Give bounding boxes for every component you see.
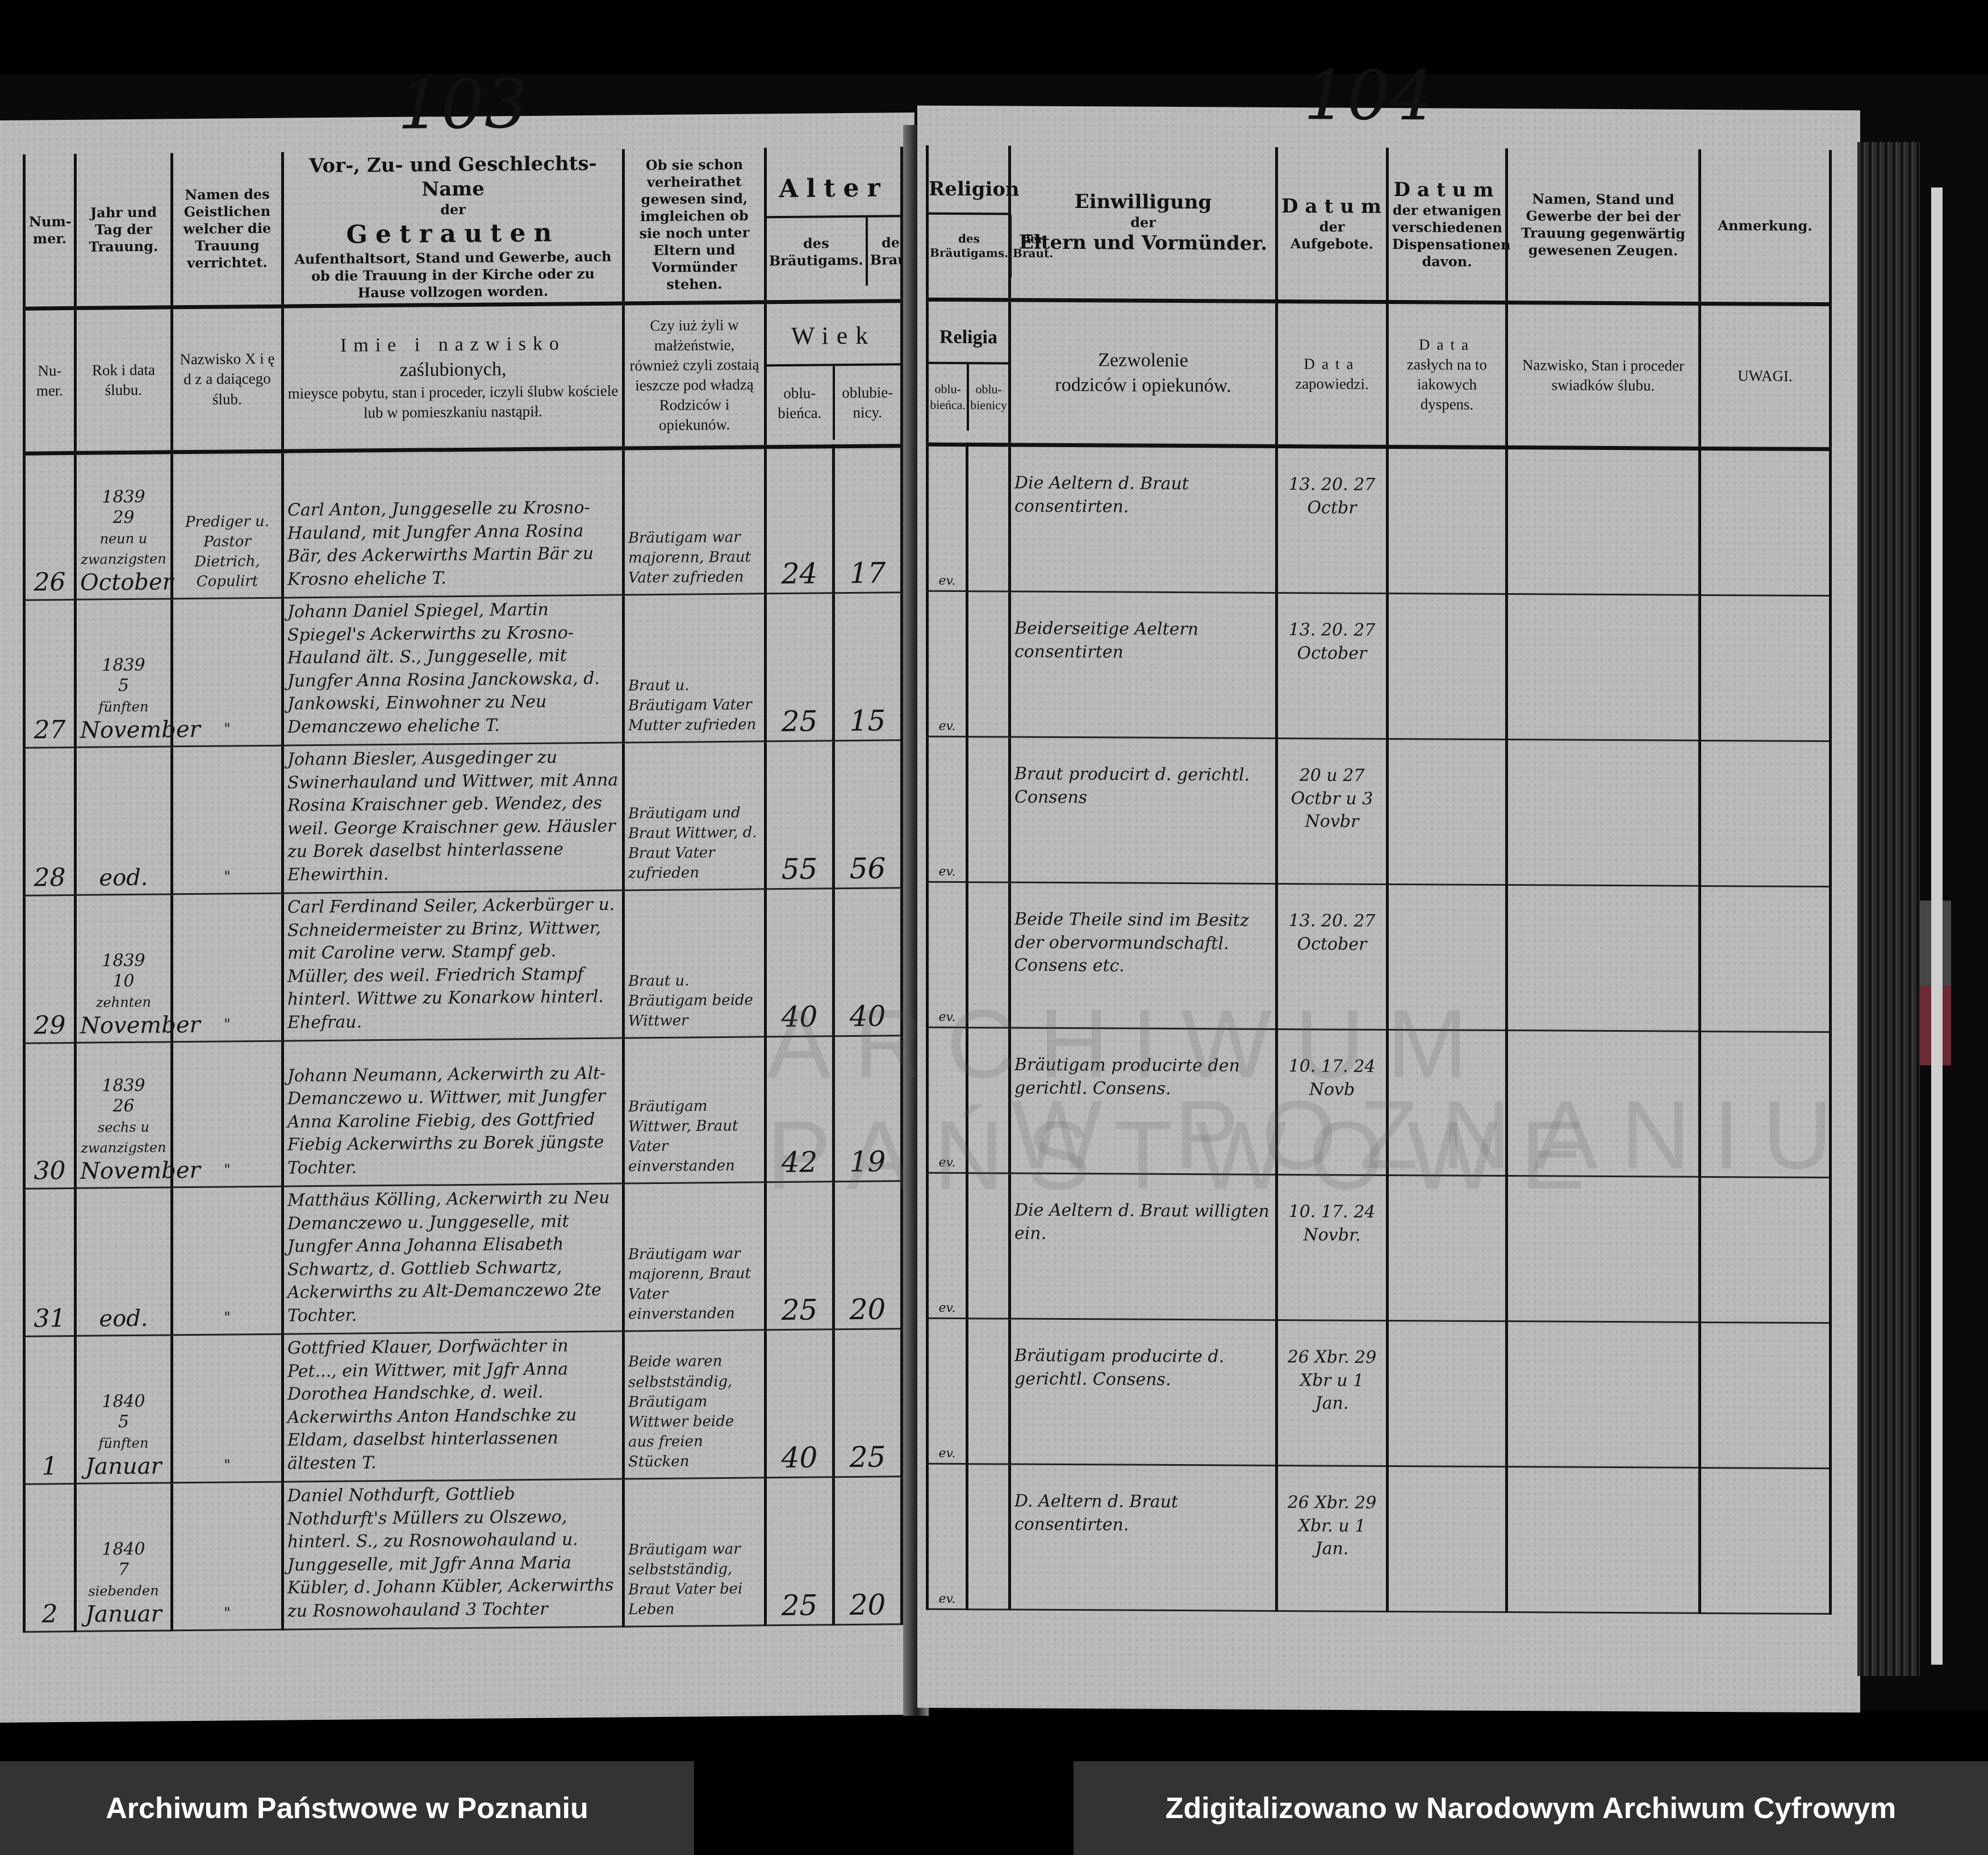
entry-consent: Bräutigam producirte d. gerichtl. Consen… bbox=[1010, 1319, 1277, 1465]
entry-banns-dates: 13. 20. 27 Octbr bbox=[1277, 446, 1388, 593]
entry-consent: D. Aeltern d. Braut consentirten. bbox=[1010, 1464, 1277, 1611]
entry-day: 5 bbox=[118, 1412, 129, 1432]
entry-day-word: siebenden bbox=[88, 1583, 158, 1599]
col-dispensation-de: Datum der etwanigen verschiedenen Dispen… bbox=[1388, 148, 1507, 303]
entry-status: Braut u. Bräutigam Vater Mutter zufriede… bbox=[624, 594, 766, 743]
entry-year: 1839 bbox=[102, 951, 145, 971]
entry-banns-dates: 26 Xbr. 29 Xbr. u 1 Jan. bbox=[1277, 1465, 1388, 1611]
entry-month: November bbox=[80, 1011, 167, 1039]
entry-age-groom: 40 bbox=[766, 1329, 834, 1478]
entry-names: Johann Neumann, Ackerwirth zu Alt-Demanc… bbox=[283, 1038, 624, 1186]
entry-status: Bräutigam war majorenn, Braut Vater einv… bbox=[624, 1182, 766, 1331]
right-page: 104 Religion des Bräutigams. der Braut. … bbox=[917, 106, 1860, 1713]
entry-consent: Die Aeltern d. Braut consentirten. bbox=[1010, 445, 1277, 593]
right-register-table: Religion des Bräutigams. der Braut. Einw… bbox=[926, 145, 1832, 1615]
entry-clergy: Prediger u. Pastor Dietrich, Copulirt bbox=[172, 451, 283, 599]
col-witnesses-pl: Nazwisko, Stan i proceder swiadków ślubu… bbox=[1507, 303, 1700, 449]
entry-day-word: fünften bbox=[99, 1435, 149, 1452]
entry-date: 183910zehntenNovember bbox=[76, 894, 172, 1043]
entry-age-groom: 25 bbox=[766, 1477, 834, 1625]
entry-religion-bride bbox=[967, 1464, 1010, 1610]
entry-names: Johann Biesler, Ausgedinger zu Swinerhau… bbox=[283, 743, 624, 893]
left-register-table: Num-mer. Jahr und Tag der Trauung. Namen… bbox=[23, 147, 903, 1633]
col-dispensation-pl: Data zasłych na to iakowych dyspens. bbox=[1388, 302, 1507, 447]
col-remarks-de: Anmerkung. bbox=[1700, 149, 1831, 305]
footer-digitized-label: Zdigitalizowano w Narodowym Archiwum Cyf… bbox=[1074, 1761, 1988, 1855]
entry-status: Bräutigam war selbstständig, Braut Vater… bbox=[624, 1478, 766, 1627]
entry-date: 183926sechs u zwanzigstenNovember bbox=[76, 1042, 172, 1188]
entry-religion-bride bbox=[967, 737, 1010, 882]
entry-date: eod. bbox=[76, 747, 172, 895]
entry-clergy: " bbox=[172, 745, 283, 894]
entry-names: Gottfried Klauer, Dorfwächter in Pet...,… bbox=[283, 1331, 624, 1482]
entry-date: 18407siebendenJanuar bbox=[76, 1483, 172, 1631]
entry-age-bride: 56 bbox=[834, 740, 902, 889]
register-entry-row-right: ev.Die Aeltern d. Braut consentirten.13.… bbox=[928, 444, 1831, 595]
header-row-german-right: Religion des Bräutigams. der Braut. Einw… bbox=[928, 145, 1831, 305]
entry-age-groom: 24 bbox=[766, 447, 834, 594]
entry-religion-bride bbox=[967, 1319, 1010, 1464]
entry-dispensation bbox=[1388, 447, 1507, 594]
col-age-pl: Wiek oblu-bieńca. oblubie-nicy. bbox=[766, 301, 902, 447]
book-page-edges bbox=[1857, 142, 1920, 1676]
entry-banns-dates: 20 u 27 Octbr u 3 Novbr bbox=[1277, 738, 1388, 884]
entry-dispensation bbox=[1388, 1466, 1507, 1612]
col-status-de: Ob sie schon verheirathet gewesen sind, … bbox=[624, 148, 766, 303]
col-age-de: Alter des Bräutigams. der Braut. bbox=[766, 147, 902, 302]
entry-day-word: neun u zwanzigsten bbox=[81, 531, 166, 568]
entry-status: Beide waren selbstständig, Bräutigam Wit… bbox=[624, 1330, 766, 1479]
entry-number: 2 bbox=[24, 1483, 76, 1632]
col-religion-pl: Religia oblu-bieńca. oblu-bienicy bbox=[928, 299, 1010, 445]
entry-religion-groom: ev. bbox=[928, 1318, 967, 1464]
col-date-pl: Rok i data ślubu. bbox=[76, 307, 172, 453]
col-names-de: Vor-, Zu- und Geschlechts-Name der Getra… bbox=[283, 149, 624, 306]
entry-month: eod. bbox=[80, 1304, 167, 1332]
header-row-polish-right: Religia oblu-bieńca. oblu-bienicy Zezwol… bbox=[928, 299, 1831, 449]
footer-archive-label: Archiwum Państwowe w Poznaniu bbox=[0, 1761, 694, 1855]
entry-month: Januar bbox=[80, 1600, 167, 1628]
col-religion-de: Religion des Bräutigams. der Braut. bbox=[928, 145, 1010, 300]
entry-month: November bbox=[80, 716, 167, 744]
col-number-de: Num-mer. bbox=[24, 154, 76, 309]
col-names-pl: Imie i nazwisko zaślubionych, mieysce po… bbox=[283, 303, 624, 451]
register-entry-row-right: ev.Bräutigam producirte d. gerichtl. Con… bbox=[928, 1318, 1831, 1468]
entry-number: 31 bbox=[24, 1188, 76, 1336]
entry-witnesses bbox=[1507, 1322, 1700, 1468]
col-clergy-pl: Nazwisko X i ę d z a daiącego ślub. bbox=[172, 306, 283, 452]
entry-month: eod. bbox=[80, 864, 167, 891]
entry-age-groom: 55 bbox=[766, 741, 834, 889]
entry-status: Braut u. Bräutigam beide Wittwer bbox=[624, 889, 766, 1038]
header-row-polish: Nu-mer. Rok i data ślubu. Nazwisko X i ę… bbox=[24, 301, 902, 453]
watermark-line-2: W POZNANIU bbox=[1011, 1079, 1855, 1191]
entry-names: Daniel Nothdurft, Gottlieb Nothdurft's M… bbox=[283, 1479, 624, 1629]
col-banns-pl: Data zapowiedzi. bbox=[1277, 301, 1388, 447]
register-entry-row-right: ev.D. Aeltern d. Braut consentirten.26 X… bbox=[928, 1464, 1831, 1614]
entry-names: Carl Anton, Junggeselle zu Krosno-Haulan… bbox=[283, 448, 624, 598]
entry-year: 1839 bbox=[102, 1076, 145, 1096]
entry-number: 30 bbox=[24, 1043, 76, 1189]
entry-religion-groom: ev. bbox=[928, 444, 967, 591]
entry-year: 1839 bbox=[102, 655, 145, 676]
entry-number: 27 bbox=[24, 599, 76, 748]
entry-age-groom: 25 bbox=[766, 593, 834, 741]
entry-religion-groom: ev. bbox=[928, 591, 967, 736]
entry-day: 7 bbox=[118, 1560, 129, 1579]
entry-month: October bbox=[80, 568, 167, 596]
register-entry-row: 26183929neun u zwanzigstenOctoberPredige… bbox=[24, 446, 902, 600]
entry-religion-bride bbox=[967, 445, 1010, 591]
entry-remarks bbox=[1700, 740, 1831, 886]
entry-clergy: " bbox=[172, 1334, 283, 1483]
book-page-edge-light bbox=[1931, 187, 1943, 1665]
entry-status: Bräutigam war majorenn, Braut Vater zufr… bbox=[624, 447, 766, 595]
entry-year: 1839 bbox=[102, 487, 145, 507]
entry-banns-dates: 13. 20. 27 October bbox=[1277, 593, 1388, 739]
entry-status: Bräutigam und Braut Wittwer, d. Braut Va… bbox=[624, 741, 766, 890]
entry-clergy: " bbox=[172, 1482, 283, 1631]
entry-dispensation bbox=[1388, 1320, 1507, 1466]
entry-date: 183929neun u zwanzigstenOctober bbox=[76, 452, 172, 599]
entry-clergy: " bbox=[172, 1186, 283, 1335]
entry-year: 1840 bbox=[102, 1539, 145, 1560]
entry-age-bride: 17 bbox=[834, 446, 902, 593]
col-witnesses-de: Namen, Stand und Gewerbe der bei der Tra… bbox=[1507, 148, 1700, 303]
entry-remarks bbox=[1700, 1468, 1831, 1614]
entry-day-word: fünften bbox=[99, 699, 149, 715]
entry-day: 26 bbox=[112, 1096, 134, 1116]
left-page: 103 Num-mer. Jahr und Tag der Trauung. N… bbox=[0, 112, 914, 1723]
entry-dispensation bbox=[1388, 739, 1507, 885]
entry-witnesses bbox=[1507, 594, 1700, 741]
register-entry-row: 118405fünftenJanuar"Gottfried Klauer, Do… bbox=[24, 1329, 902, 1484]
entry-witnesses bbox=[1507, 740, 1700, 886]
register-entry-row: 2718395fünftenNovember"Johann Daniel Spi… bbox=[24, 593, 902, 748]
col-remarks-pl: UWAGI. bbox=[1700, 303, 1831, 449]
entry-remarks bbox=[1700, 1322, 1831, 1468]
entry-day-word: sechs u zwanzigsten bbox=[81, 1119, 166, 1156]
col-date-de: Jahr und Tag der Trauung. bbox=[76, 153, 172, 308]
folio-number-right: 104 bbox=[1304, 56, 1434, 136]
entry-remarks bbox=[1700, 595, 1831, 741]
col-consent-pl: Zezwolenie rodziców i opiekunów. bbox=[1010, 300, 1277, 446]
entry-names: Johann Daniel Spiegel, Martin Spiegel's … bbox=[283, 595, 624, 745]
entry-witnesses bbox=[1507, 448, 1700, 595]
entry-consent: Beiderseitige Aeltern consentirten bbox=[1010, 591, 1277, 738]
book-scan: 103 Num-mer. Jahr und Tag der Trauung. N… bbox=[0, 74, 1988, 1710]
col-status-pl: Czy iuż żyli w małżeństwie, również czyl… bbox=[624, 302, 766, 448]
col-banns-de: Datum der Aufgebote. bbox=[1277, 147, 1388, 302]
entry-religion-groom: ev. bbox=[928, 1464, 967, 1609]
register-entry-row-right: ev.Braut producirt d. gerichtl. Consens2… bbox=[928, 736, 1831, 886]
col-clergy-de: Namen des Geistlichen welcher die Trauun… bbox=[172, 152, 283, 307]
entry-age-bride: 20 bbox=[834, 1477, 902, 1625]
entry-date: 18395fünftenNovember bbox=[76, 599, 172, 747]
entry-month: November bbox=[80, 1157, 167, 1185]
entry-banns-dates: 26 Xbr. 29 Xbr u 1 Jan. bbox=[1277, 1320, 1388, 1466]
entry-number: 26 bbox=[24, 453, 76, 600]
col-number-pl: Nu-mer. bbox=[24, 308, 76, 453]
entry-number: 29 bbox=[24, 895, 76, 1043]
entry-day: 29 bbox=[112, 507, 134, 527]
entry-year: 1840 bbox=[102, 1391, 145, 1412]
entry-names: Matthäus Kölling, Ackerwirth zu Neu Dema… bbox=[283, 1183, 624, 1334]
entry-month: Januar bbox=[80, 1452, 167, 1480]
entry-date: eod. bbox=[76, 1187, 172, 1336]
register-entry-row-right: ev.Beiderseitige Aeltern consentirten13.… bbox=[928, 591, 1831, 741]
entry-dispensation bbox=[1388, 593, 1507, 739]
entry-remarks bbox=[1700, 448, 1831, 595]
header-row-german: Num-mer. Jahr und Tag der Trauung. Namen… bbox=[24, 147, 902, 309]
entry-age-bride: 25 bbox=[834, 1329, 902, 1477]
entry-day-word: zehnten bbox=[96, 994, 151, 1011]
entry-consent: Braut producirt d. gerichtl. Consens bbox=[1010, 737, 1277, 883]
entry-names: Carl Ferdinand Seiler, Ackerbürger u. Sc… bbox=[283, 890, 624, 1041]
register-entry-row: 28eod."Johann Biesler, Ausgedinger zu Sw… bbox=[24, 740, 902, 895]
entry-status: Bräutigam Wittwer, Braut Vater einversta… bbox=[624, 1037, 766, 1183]
entry-day: 10 bbox=[112, 971, 134, 991]
entry-day: 5 bbox=[118, 676, 129, 695]
entry-number: 1 bbox=[24, 1336, 76, 1484]
folio-number-left: 103 bbox=[398, 65, 528, 145]
register-entry-row: 218407siebendenJanuar"Daniel Nothdurft, … bbox=[24, 1477, 902, 1632]
entry-religion-bride bbox=[967, 591, 1010, 737]
entry-age-bride: 15 bbox=[834, 593, 902, 741]
entry-number: 28 bbox=[24, 747, 76, 895]
entry-religion-groom: ev. bbox=[928, 736, 967, 882]
entry-date: 18405fünftenJanuar bbox=[76, 1335, 172, 1483]
entry-witnesses bbox=[1507, 1467, 1700, 1614]
